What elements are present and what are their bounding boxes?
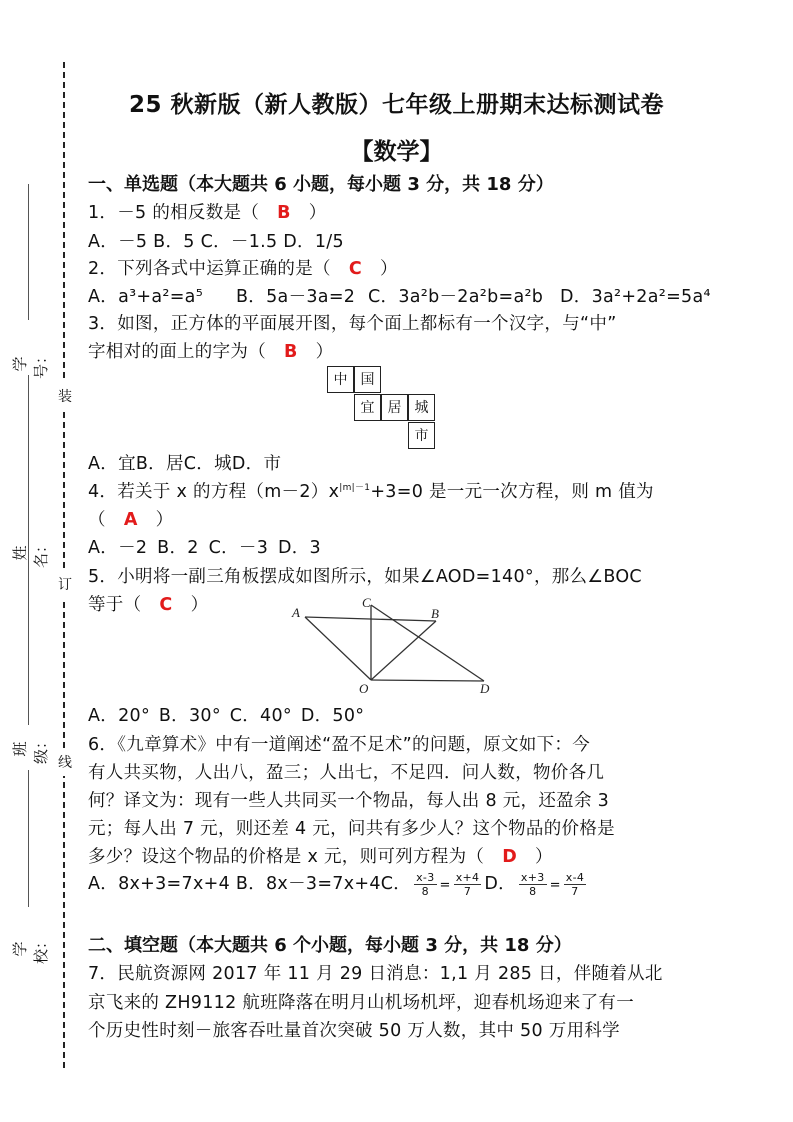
fraction-numerator: x+4	[454, 871, 482, 885]
q6-answer: D	[484, 847, 535, 867]
fraction-numerator: x+3	[519, 871, 547, 885]
fraction-denominator: 7	[571, 885, 578, 898]
question-6-stem: 多少？设这个物品的价格是 x 元，则可列方程为（D）	[88, 843, 553, 868]
point-label-a: A	[291, 605, 300, 620]
question-7-line-1: 7．民航资源网 2017 年 11 月 29 日消息：1,1 月 285 日，伴…	[88, 960, 663, 985]
point-label-o: O	[359, 681, 369, 696]
q6-option-a: A．8x+3=7x+4	[88, 874, 230, 894]
q6-stem-text: 多少？设这个物品的价格是 x 元，则可列方程为（	[88, 847, 484, 867]
q6-option-c-left-fraction: x-38	[414, 871, 436, 898]
question-6-line-1: 6．《九章算术》中有一道阐述“盈不足术”的问题，原文如下：今	[88, 731, 590, 756]
question-7-line-3: 个历史性时刻－旅客吞吐量首次突破 50 万人数，其中 50 万用科学	[88, 1017, 620, 1042]
fraction-denominator: 7	[464, 885, 471, 898]
question-6-line-2: 有人共买物，人出八，盈三；人出七，不足四．问人数，物价各几	[88, 759, 604, 784]
fraction-numerator: x-4	[564, 871, 586, 885]
q6-option-c-label: C．	[381, 874, 411, 894]
equals-sign: =	[550, 878, 561, 893]
point-label-b: B	[431, 606, 439, 621]
question-6-line-4: 元；每人出 7 元，则还差 4 元，问共有多少人？这个物品的价格是	[88, 815, 615, 840]
question-5-options: A．20° B．30° C．40° D．50°	[88, 702, 364, 727]
point-label-d: D	[479, 681, 490, 696]
q6-option-d-left-fraction: x+38	[519, 871, 547, 898]
q6-option-c-right-fraction: x+47	[454, 871, 482, 898]
question-7-line-2: 京飞来的 ZH9112 航班降落在明月山机场机坪，迎春机场迎来了有一	[88, 989, 634, 1014]
section-heading-fill-in: 二、填空题（本大题共 6 个小题，每小题 3 分，共 18 分）	[88, 931, 572, 957]
fraction-numerator: x-3	[414, 871, 436, 885]
q6-option-d-right-fraction: x-47	[564, 871, 586, 898]
fraction-denominator: 8	[529, 885, 536, 898]
fraction-denominator: 8	[422, 885, 429, 898]
question-6-line-3: 何？译文为：现有一些人共同买一个物品，每人出 8 元，还盈余 3	[88, 787, 609, 812]
point-label-c: C	[362, 595, 371, 610]
equals-sign: =	[440, 878, 451, 893]
question-6-options: A．8x+3=7x+4 B．8x－3=7x+4C．x-38=x+47D．x+38…	[88, 870, 589, 898]
q6-stem-close: ）	[535, 847, 553, 867]
q6-option-d-label: D．	[484, 874, 516, 894]
q6-option-b: B．8x－3=7x+4	[236, 874, 381, 894]
